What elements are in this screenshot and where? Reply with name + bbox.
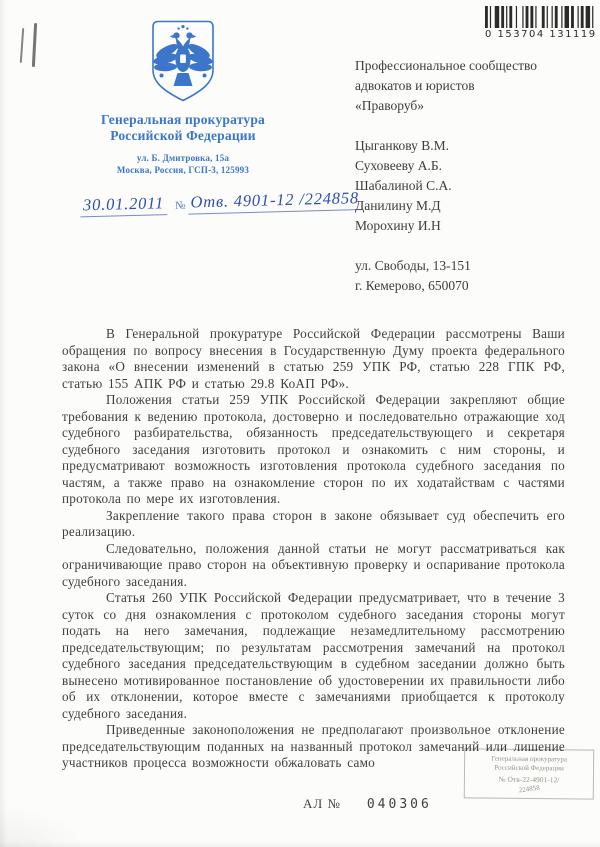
pen-check-mark	[20, 28, 24, 63]
barcode-number: 0 153704 131119	[485, 29, 597, 40]
coat-of-arms-icon	[148, 18, 218, 104]
paragraph: Закрепление такого права сторон в законе…	[62, 508, 565, 541]
recipient-name: Цыганкову В.М.	[355, 136, 575, 156]
footer-serial-number: 040306	[367, 797, 432, 812]
org-address: ул. Б. Дмитровка, 15а Москва, Россия, ГС…	[85, 153, 281, 176]
spacer	[355, 116, 575, 136]
stamp-org-line2: Российской Федерации	[465, 763, 593, 773]
footer-form-number: АЛ №040306	[303, 795, 432, 813]
pen-check-mark	[32, 23, 37, 67]
org-address-line2: Москва, Россия, ГСП-3, 125993	[85, 165, 281, 177]
recipient-name: Морохину И.Н	[355, 216, 575, 236]
recipient-name: Суховееву А.Б.	[355, 156, 575, 176]
letter-body: В Генеральной прокуратуре Российской Фед…	[62, 326, 565, 772]
org-name-line2: Российской Федерации	[85, 128, 281, 144]
letterhead: Генеральная прокуратура Российской Федер…	[85, 18, 281, 176]
barcode-icon	[485, 6, 597, 28]
footer-label: АЛ №	[303, 796, 341, 811]
number-sign: №	[175, 200, 186, 212]
recipient-block: Профессиональное сообщество адвокатов и …	[355, 56, 575, 296]
recipient-org-line: Профессиональное сообщество	[355, 56, 575, 76]
recipient-address-line: г. Кемерово, 650070	[355, 276, 575, 296]
handwritten-ref-number: Отв. 4901-12 /224858	[187, 188, 362, 215]
scanned-letter-page: 0 153704 131119	[0, 0, 600, 847]
org-address-line1: ул. Б. Дмитровка, 15а	[85, 153, 281, 165]
paragraph: В Генеральной прокуратуре Российской Фед…	[62, 326, 565, 392]
paragraph: Статья 260 УПК Российской Федерации пред…	[62, 590, 565, 722]
paragraph: Следовательно, положения данной статьи н…	[62, 541, 565, 591]
recipient-name: Данилину М.Д	[355, 196, 575, 216]
paragraph: Положения статьи 259 УПК Российской Феде…	[62, 392, 565, 508]
org-name-line1: Генеральная прокуратура	[85, 112, 281, 128]
registration-barcode: 0 153704 131119	[485, 6, 597, 40]
handwritten-date: 30.01.2011	[80, 193, 168, 217]
recipient-org-line: «Праворуб»	[355, 96, 575, 116]
registration-stamp: Генеральная прокуратура Российской Федер…	[464, 748, 595, 799]
handwritten-reference-line: 30.01.2011№Отв. 4901-12 /224858	[80, 189, 340, 216]
stamp-ref-number2: 224858	[518, 784, 540, 796]
spacer	[355, 236, 575, 256]
recipient-org-line: адвокатов и юристов	[355, 76, 575, 96]
recipient-name: Шабалиной С.А.	[355, 176, 575, 196]
recipient-address-line: ул. Свободы, 13-151	[355, 256, 575, 276]
